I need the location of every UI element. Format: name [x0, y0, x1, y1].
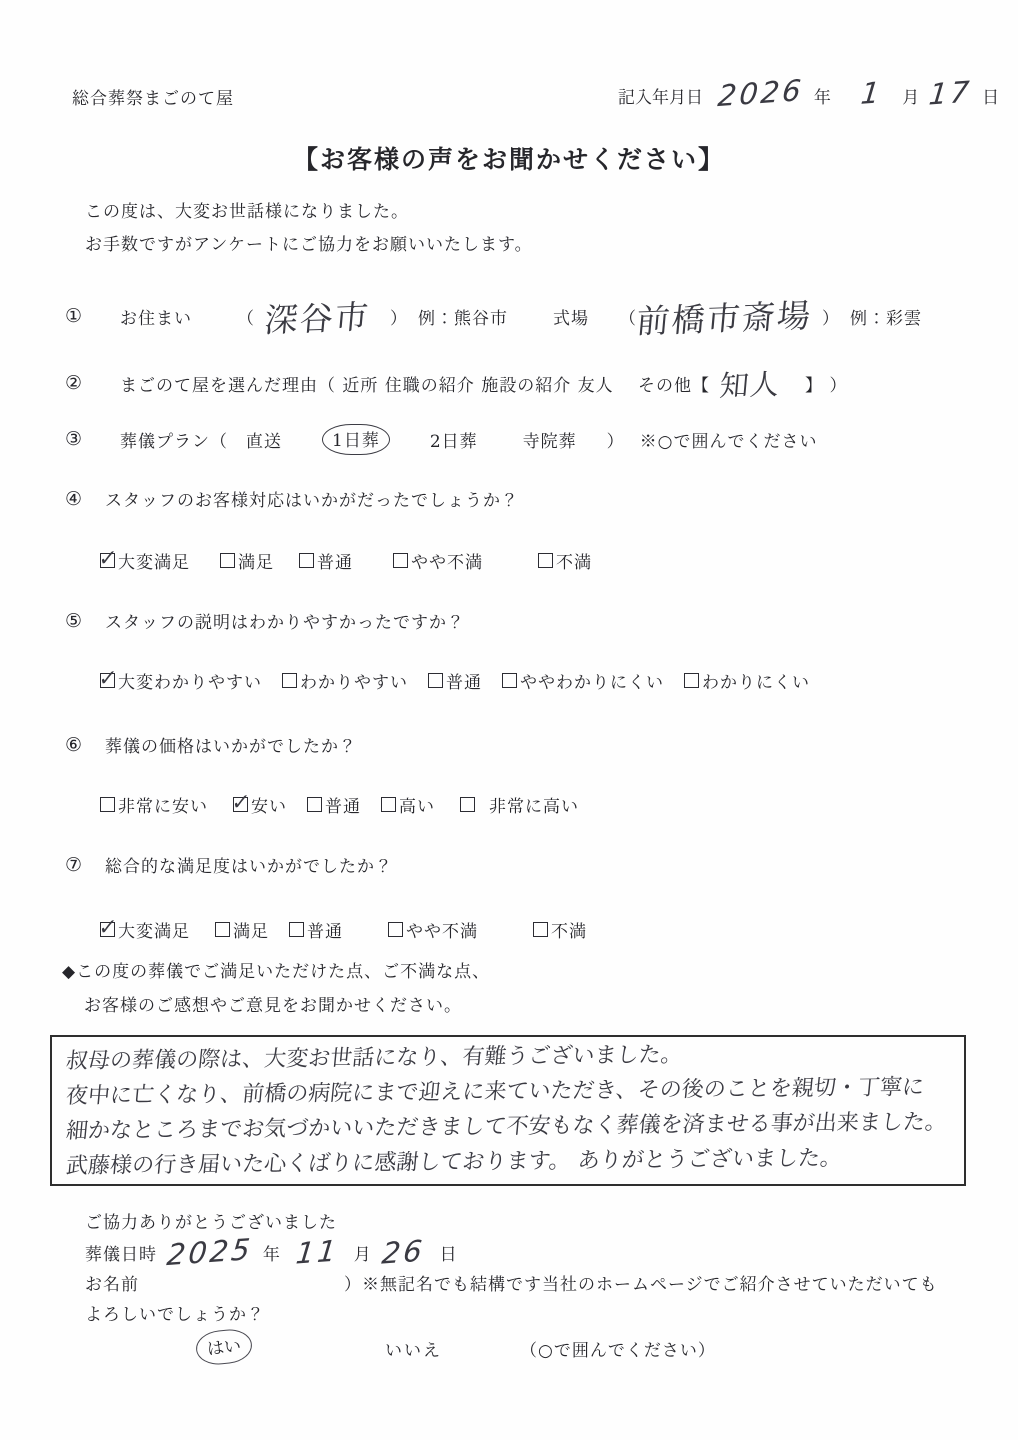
- option-label: 大変わかりやすい: [118, 668, 262, 693]
- option-item: 非常に安い: [100, 792, 208, 817]
- feedback-prompt: ◆この度の葬儀でご満足いただけた点、ご不満な点、 お客様のご感想やご意見をお聞か…: [62, 955, 490, 1023]
- checkbox: [381, 797, 396, 812]
- option-label: 普通: [307, 917, 343, 942]
- option-label: やや不満: [406, 917, 478, 942]
- intro-text: この度は、大変お世話様になりました。 お手数ですがアンケートにご協力をお願いいた…: [85, 196, 533, 262]
- funeral-month-value: 11: [294, 1233, 340, 1270]
- funeral-year-value: 2025: [165, 1232, 254, 1272]
- question-2-number: ②: [65, 372, 91, 394]
- question-2-row: ② まごのて屋を選んだ理由（ 近所 住職の紹介 施設の紹介 友人 その他【 知人…: [65, 358, 847, 408]
- checkbox: [100, 797, 115, 812]
- checkbox: [282, 673, 297, 688]
- option-label: 普通: [317, 548, 353, 573]
- q1-paren-close: ）: [390, 304, 408, 329]
- option-item: 満足: [215, 917, 269, 942]
- question-3-label: 葬儀プラン（ 直送: [120, 427, 282, 452]
- option-label: 大変満足: [118, 548, 190, 573]
- option-item: 大変満足: [100, 548, 190, 573]
- funeral-day-value: 26: [380, 1233, 426, 1270]
- checkbox: [100, 673, 115, 688]
- q1-example-2: 例：彩雲: [850, 304, 922, 329]
- q1-example-1: 例：熊谷市: [418, 304, 508, 329]
- option-label: 普通: [325, 792, 361, 817]
- survey-form-page: 総合葬祭まごのて屋 記入年月日 2026 年 1 月 17 日 【お客様の声をお…: [0, 0, 1018, 1440]
- yes-option-circled: はい: [194, 1327, 253, 1367]
- option-label: 満足: [238, 548, 274, 573]
- thanks-text: ご協力ありがとうございました: [85, 1208, 337, 1233]
- q3-paren-close: ）: [607, 427, 625, 452]
- name-row: お名前 ）※無記名でも結構です当社のホームページでご紹介させていただいても: [85, 1270, 938, 1295]
- option-label: 非常に安い: [118, 792, 208, 817]
- checkbox: [100, 553, 115, 568]
- option-label: やや不満: [411, 548, 483, 573]
- fill-date-label: 記入年月日: [618, 83, 703, 108]
- funeral-date-label: 葬儀日時: [85, 1240, 157, 1265]
- checkbox: [502, 673, 517, 688]
- option-item: 普通: [299, 548, 353, 573]
- checkbox: [428, 673, 443, 688]
- option-item: ややわかりにくい: [502, 668, 664, 693]
- option-item: 不満: [538, 548, 592, 573]
- question-7-text: 総合的な満足度はいかがでしたか？: [105, 852, 393, 877]
- option-item: 高い: [381, 792, 435, 817]
- option-item: 非常に高い: [460, 792, 579, 817]
- question-6-text: 葬儀の価格はいかがでしたか？: [105, 732, 357, 757]
- month-unit: 月: [902, 83, 919, 108]
- intro-line-2: お手数ですがアンケートにご協力をお願いいたします。: [85, 229, 533, 262]
- option-item: わかりやすい: [282, 668, 408, 693]
- question-5-number: ⑤: [65, 610, 91, 632]
- checkbox: [684, 673, 699, 688]
- q3-note: ※○で囲んでください: [640, 427, 818, 452]
- question-7-number: ⑦: [65, 854, 91, 876]
- funeral-date-row: 葬儀日時 2025 年 11 月 26 日: [85, 1232, 458, 1272]
- option-item: やや不満: [393, 548, 483, 573]
- feedback-prompt-line-2: お客様のご感想やご意見をお聞かせください。: [62, 989, 490, 1023]
- checkbox: [393, 553, 408, 568]
- option-item: 普通: [428, 668, 482, 693]
- name-note-2: よろしいでしょうか？: [85, 1300, 265, 1325]
- option-label: 満足: [233, 917, 269, 942]
- page-title: 【お客様の声をお聞かせください】: [0, 140, 1018, 176]
- checkbox: [538, 553, 553, 568]
- question-1-label: お住まい: [120, 304, 192, 329]
- question-4-options: 大変満足 満足 普通 やや不満 不満: [100, 548, 592, 573]
- option-item: 普通: [307, 792, 361, 817]
- q3-circled-option: 1日葬: [322, 424, 390, 455]
- name-note: ）※無記名でも結構です当社のホームページでご紹介させていただいても: [344, 1270, 938, 1295]
- checkbox: [460, 797, 475, 812]
- checkbox: [533, 922, 548, 937]
- fill-year-value: 2026: [716, 73, 805, 113]
- q1-paren-open: （: [237, 304, 255, 329]
- question-6-options: 非常に安い 安い 普通 高い 非常に高い: [100, 792, 579, 817]
- question-5-text: スタッフの説明はわかりやすかったですか？: [105, 608, 465, 633]
- question-5-options: 大変わかりやすい わかりやすい 普通 ややわかりにくい わかりにくい: [100, 668, 810, 693]
- option-label: 非常に高い: [489, 792, 579, 817]
- option-item: 普通: [289, 917, 343, 942]
- question-6-row: ⑥ 葬儀の価格はいかがでしたか？: [65, 732, 357, 757]
- option-item: やや不満: [388, 917, 478, 942]
- q1-paren-close-2: ）: [822, 304, 840, 329]
- q1-venue-handwriting: 前橋市斎場: [635, 289, 815, 342]
- checkbox: [220, 553, 235, 568]
- question-1-number: ①: [65, 305, 91, 327]
- company-name: 総合葬祭まごのて屋: [72, 84, 234, 109]
- q2-close: 】 ）: [805, 371, 847, 396]
- option-label: 不満: [556, 548, 592, 573]
- checkbox: [215, 922, 230, 937]
- option-label: 高い: [399, 792, 435, 817]
- option-item: 大変満足: [100, 917, 190, 942]
- option-label: 普通: [446, 668, 482, 693]
- option-item: 不満: [533, 917, 587, 942]
- question-3-row: ③ 葬儀プラン（ 直送 1日葬 2日葬 寺院葬 ） ※○で囲んでください: [65, 420, 818, 458]
- option-item: 満足: [220, 548, 274, 573]
- question-6-number: ⑥: [65, 734, 91, 756]
- checkbox: [299, 553, 314, 568]
- year-unit: 年: [814, 83, 831, 108]
- option-label: ややわかりにくい: [520, 668, 664, 693]
- fill-month-value: 1: [859, 75, 884, 111]
- question-1-row: ① お住まい （ 深谷市 ） 例：熊谷市 式場 （ 前橋市斎場 ） 例：彩雲: [65, 290, 922, 342]
- option-label: 安い: [251, 792, 287, 817]
- question-4-text: スタッフのお客様対応はいかがだったでしょうか？: [105, 486, 519, 511]
- day-unit: 日: [982, 83, 999, 108]
- question-2-label: まごのて屋を選んだ理由（ 近所 住職の紹介 施設の紹介 友人 その他【: [120, 371, 710, 396]
- q1-paren-open-2: （: [619, 304, 637, 329]
- funeral-day-unit: 日: [440, 1240, 458, 1265]
- question-4-number: ④: [65, 488, 91, 510]
- name-label: お名前: [85, 1270, 139, 1295]
- checkbox: [233, 797, 248, 812]
- option-label: 不満: [551, 917, 587, 942]
- option-label: 大変満足: [118, 917, 190, 942]
- option-label: わかりやすい: [300, 668, 408, 693]
- question-7-options: 大変満足 満足 普通 やや不満 不満: [100, 917, 587, 942]
- checkbox: [307, 797, 322, 812]
- yes-no-row: はい いいえ （○で囲んでください）: [0, 1328, 1018, 1368]
- checkbox: [289, 922, 304, 937]
- q1-venue-label: 式場: [553, 304, 589, 329]
- question-4-row: ④ スタッフのお客様対応はいかがだったでしょうか？: [65, 486, 519, 511]
- q2-other-handwriting: 知人: [718, 361, 782, 404]
- question-5-row: ⑤ スタッフの説明はわかりやすかったですか？: [65, 608, 465, 633]
- option-label: わかりにくい: [702, 668, 810, 693]
- fill-day-value: 17: [928, 74, 974, 111]
- q3-option-3: 寺院葬: [523, 427, 577, 452]
- checkbox: [388, 922, 403, 937]
- feedback-prompt-line-1: ◆この度の葬儀でご満足いただけた点、ご不満な点、: [62, 955, 490, 989]
- comment-box: 叔母の葬儀の際は、大変お世話になり、有難うございました。 夜中に亡くなり、前橋の…: [50, 1035, 966, 1186]
- question-7-row: ⑦ 総合的な満足度はいかがでしたか？: [65, 852, 393, 877]
- checkbox: [100, 922, 115, 937]
- option-item: 大変わかりやすい: [100, 668, 262, 693]
- q1-residence-handwriting: 深谷市: [263, 291, 373, 342]
- no-option: いいえ: [385, 1336, 442, 1361]
- funeral-year-unit: 年: [263, 1240, 281, 1265]
- funeral-month-unit: 月: [354, 1240, 372, 1265]
- option-item: 安い: [233, 792, 287, 817]
- intro-line-1: この度は、大変お世話様になりました。: [85, 196, 533, 229]
- question-3-number: ③: [65, 428, 91, 450]
- q3-option-2: 2日葬: [430, 427, 478, 452]
- circle-instruction: （○で囲んでください）: [520, 1336, 716, 1361]
- option-item: わかりにくい: [684, 668, 810, 693]
- fill-date-row: 記入年月日 2026 年 1 月 17 日: [618, 76, 999, 110]
